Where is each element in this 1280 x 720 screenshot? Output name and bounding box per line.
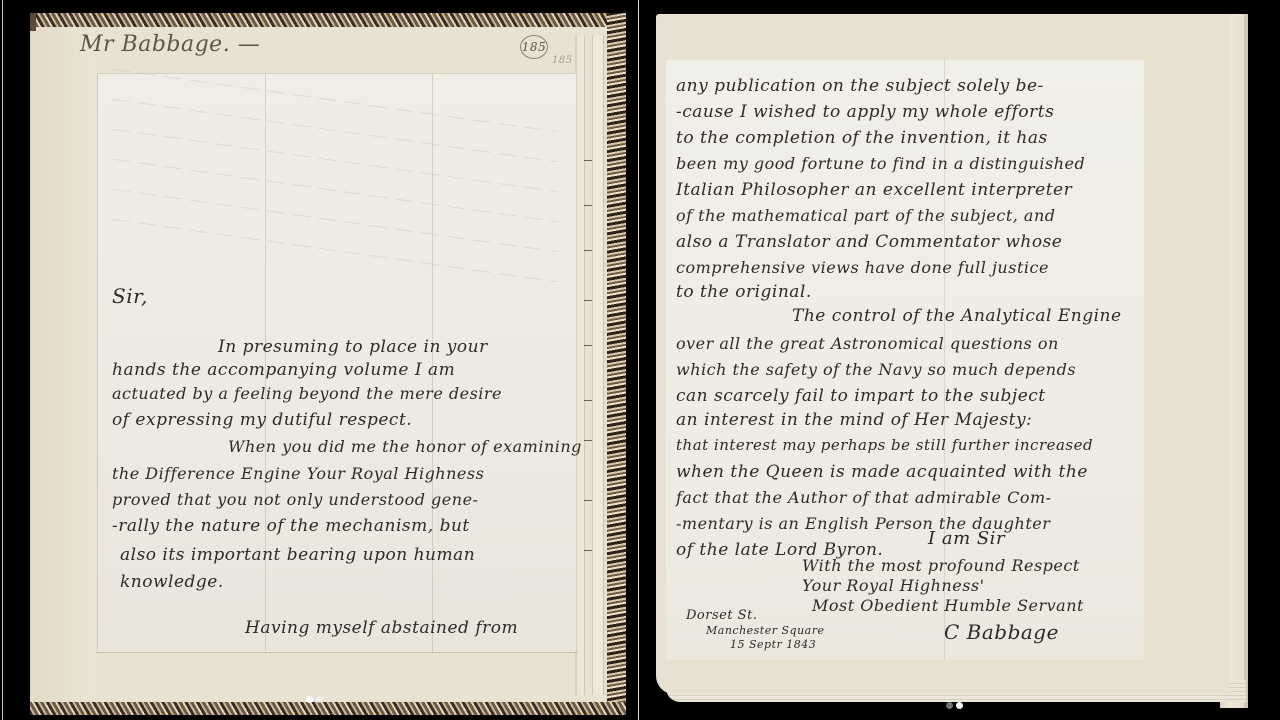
- letter-line: any publication on the subject solely be…: [676, 76, 1044, 96]
- letter-date: 15 Septr 1843: [730, 638, 816, 651]
- folio-number-small: 185: [552, 55, 573, 66]
- page-stack-edges: [575, 35, 607, 695]
- address-line: Dorset St.: [686, 608, 757, 623]
- letter-line: Italian Philosopher an excellent interpr…: [676, 180, 1072, 200]
- page-tab-mark: [584, 300, 592, 301]
- page-tab-mark: [584, 250, 592, 251]
- letter-line: When you did me the honor of examining: [228, 437, 582, 456]
- image-divider: [636, 0, 644, 720]
- letter-salutation: Sir,: [112, 284, 148, 308]
- letter-line: Having myself abstained from: [245, 618, 518, 638]
- ornamental-border-right: [607, 13, 626, 715]
- letter-line: of expressing my dutiful respect.: [112, 410, 412, 430]
- letter-line: In presuming to place in your: [218, 337, 488, 357]
- closing-line: Your Royal Highness': [802, 576, 985, 595]
- divider-line: [638, 0, 639, 720]
- letter-line: over all the great Astronomical question…: [676, 334, 1059, 353]
- letter-line: comprehensive views have done full justi…: [676, 258, 1049, 277]
- carousel-dot-1[interactable]: [946, 702, 953, 709]
- letter-line: when the Queen is made acquainted with t…: [676, 462, 1088, 482]
- folio-number-circled: 185: [520, 35, 548, 59]
- page-tab-mark: [584, 440, 592, 441]
- letter-line: the Difference Engine Your Royal Highnes…: [112, 464, 484, 483]
- page-tab-mark: [584, 345, 592, 346]
- letter-line: to the completion of the invention, it h…: [676, 128, 1048, 148]
- signature: C Babbage: [944, 620, 1059, 644]
- carousel-dot-2[interactable]: [956, 702, 963, 709]
- letter-line: The control of the Analytical Engine: [792, 306, 1122, 326]
- page-tab-mark: [584, 400, 592, 401]
- letter-line: knowledge.: [120, 572, 224, 592]
- letter-line: which the safety of the Navy so much dep…: [676, 360, 1076, 379]
- carousel-dot-1[interactable]: [306, 696, 313, 703]
- page-tab-mark: [584, 205, 592, 206]
- carousel-dot-2[interactable]: [316, 696, 323, 703]
- mount-edge-line: [96, 652, 578, 653]
- page-tab-mark: [584, 500, 592, 501]
- letter-line: that interest may perhaps be still furth…: [676, 436, 1093, 454]
- ornamental-border-bottom: [30, 702, 626, 715]
- letter-line: also its important bearing upon human: [120, 545, 475, 565]
- letter-line: proved that you not only understood gene…: [112, 490, 478, 509]
- letter-line: been my good fortune to find in a distin…: [676, 154, 1085, 173]
- page-tab-mark: [584, 550, 592, 551]
- right-letter-photo: any publication on the subject solely be…: [644, 0, 1280, 720]
- letter-line: to the original.: [676, 282, 812, 302]
- letter-line: can scarcely fail to impart to the subje…: [676, 386, 1046, 406]
- letter-line: an interest in the mind of Her Majesty:: [676, 410, 1032, 430]
- ornamental-border-corner: [30, 13, 36, 31]
- letter-line: actuated by a feeling beyond the mere de…: [112, 384, 502, 403]
- letter-line: -rally the nature of the mechanism, but: [112, 516, 470, 536]
- letter-line: fact that the Author of that admirable C…: [676, 488, 1052, 507]
- closing-line: Most Obedient Humble Servant: [812, 596, 1084, 615]
- left-letter-photo: Mr Babbage. — 185 185 Sir, In presuming …: [0, 0, 636, 720]
- mount-shadow: [30, 27, 95, 702]
- volume-spine-edge: [1244, 14, 1248, 708]
- carousel-dots-right: [946, 702, 963, 709]
- left-edge-line: [2, 0, 3, 720]
- ornamental-border-top: [30, 13, 626, 27]
- letter-line: also a Translator and Commentator whose: [676, 232, 1062, 252]
- letter-line: hands the accompanying volume I am: [112, 360, 455, 380]
- letter-line: -cause I wished to apply my whole effort…: [676, 102, 1054, 122]
- address-line: Manchester Square: [706, 624, 824, 637]
- closing-greeting: I am Sir: [928, 528, 1005, 549]
- letter-line: of the mathematical part of the subject,…: [676, 206, 1056, 225]
- carousel-dots-left: [306, 696, 323, 703]
- page-tab-mark: [584, 160, 592, 161]
- closing-line: With the most profound Respect: [802, 556, 1080, 575]
- mount-header-note: Mr Babbage. —: [80, 32, 260, 57]
